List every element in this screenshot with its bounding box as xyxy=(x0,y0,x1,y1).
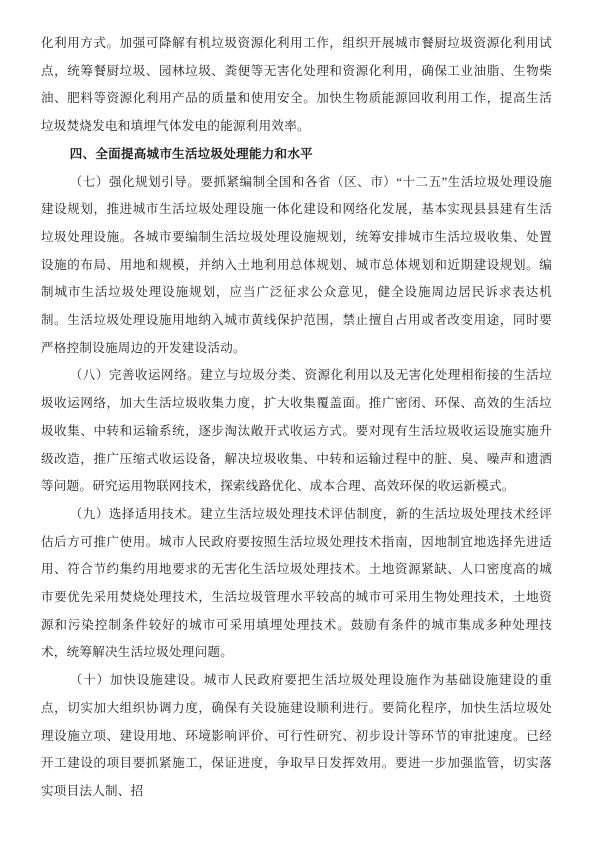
paragraph-item-10: （十）加快设施建设。城市人民政府要把生活垃圾处理设施作为基础设施建设的重点，切实… xyxy=(41,667,552,806)
paragraph-continuation: 化利用方式。加强可降解有机垃圾资源化利用工作，组织开展城市餐厨垃圾资源化利用试点… xyxy=(41,30,552,141)
paragraph-item-8: （八）完善收运网络。建立与垃圾分类、资源化利用以及无害化处理相衔接的生活垃圾收运… xyxy=(41,362,552,501)
paragraph-item-7: （七）强化规划引导。要抓紧编制全国和各省（区、市）“十二五”生活垃圾处理设施建设… xyxy=(41,169,552,363)
section-heading-4: 四、全面提高城市生活垃圾处理能力和水平 xyxy=(41,141,552,169)
paragraph-item-9: （九）选择适用技术。建立生活垃圾处理技术评估制度，新的生活垃圾处理技术经评估后方… xyxy=(41,501,552,667)
document-page: 化利用方式。加强可降解有机垃圾资源化利用工作，组织开展城市餐厨垃圾资源化利用试点… xyxy=(0,0,595,841)
